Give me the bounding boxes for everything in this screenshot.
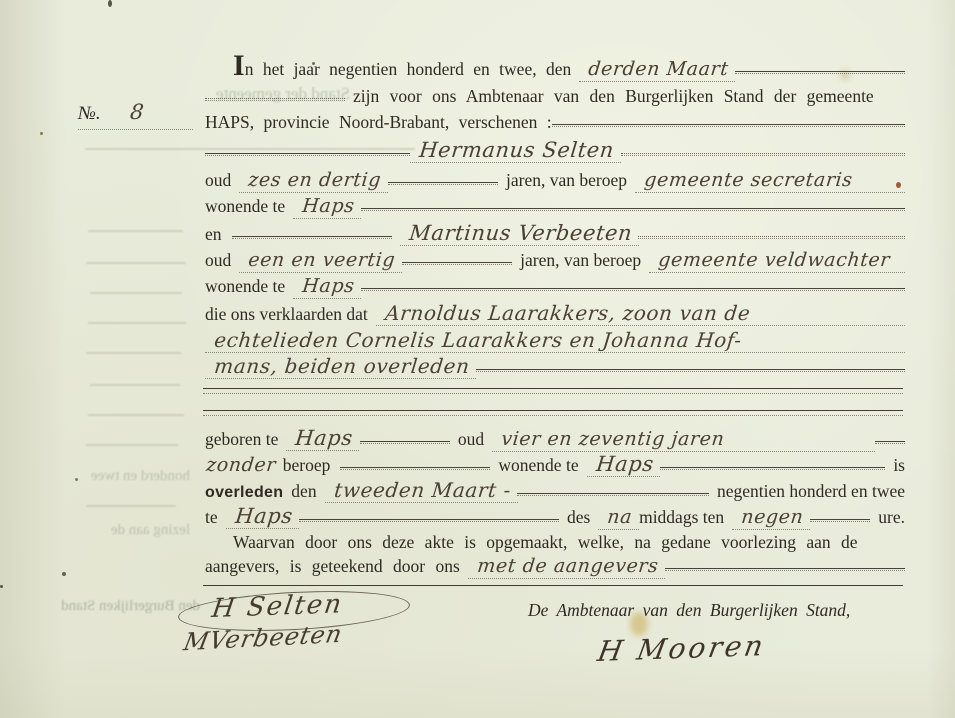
hw-declarant2-age: een en veertig — [239, 248, 405, 273]
hw-declarant2-residence: Haps — [293, 274, 364, 299]
fill-line — [232, 236, 392, 237]
fill-line — [360, 441, 450, 442]
ghost-text-bottom: den Burgerlijken Stand — [40, 598, 200, 615]
middags-label: middags ten — [639, 505, 724, 529]
hw-registration-date: derden Maart — [579, 57, 738, 82]
act-number-value: 8 — [129, 100, 145, 124]
hw-signed-with: met de aangevers — [468, 554, 668, 579]
form-line-municipality: HAPS, provincie Noord-Brabant, verschene… — [205, 110, 905, 134]
ghost-line — [88, 322, 186, 324]
hw-declarant1-residence: Haps — [293, 194, 364, 219]
ure-label: ure. — [878, 505, 905, 529]
signature-official: H Mooren — [595, 629, 768, 668]
paper-speck — [40, 132, 43, 135]
ghost-line — [86, 444, 178, 446]
is-label: is — [893, 453, 905, 477]
form-line-death-place-time: te Haps des na middags ten negen ure. — [205, 504, 905, 530]
te-label: te — [205, 505, 218, 529]
verklaarden-label: die ons verklaarden dat — [205, 302, 368, 326]
ghost-text-mid2: lezing aan de — [60, 522, 190, 539]
den-label: den — [291, 479, 316, 503]
fill-line — [402, 262, 512, 263]
act-number-label: №. — [78, 103, 101, 125]
form-line-death-date: overleden den tweeden Maart - negentien … — [205, 478, 905, 505]
fill-line — [205, 153, 410, 154]
ghost-line — [86, 262, 186, 264]
fill-line — [621, 153, 905, 154]
form-line-declarant2-age: oud een en veertig jaren, van beroep gem… — [205, 248, 905, 273]
hw-declarant2-profession: gemeente veldwachter — [649, 248, 908, 273]
act-number-block: №. 8 — [78, 100, 193, 130]
signature-witness1: H Selten — [188, 589, 345, 625]
fill-line — [299, 519, 559, 520]
fill-line — [660, 467, 885, 468]
fill-line — [476, 369, 905, 370]
printed-intro-text: n het jaar negentien honderd en twee, de… — [245, 57, 572, 81]
hw-deceased-residence: Haps — [587, 452, 663, 477]
fill-line — [665, 568, 905, 569]
hw-birthplace: Haps — [286, 426, 362, 451]
paper-speck — [62, 572, 66, 576]
geboren-label: geboren te — [205, 427, 278, 451]
jaren-beroep-label: jaren, van beroep — [506, 168, 627, 192]
blank-fill-line — [203, 410, 903, 416]
ghost-line — [86, 505, 176, 507]
hw-declarant2-name: Martinus Verbeeten — [400, 221, 642, 246]
hw-deceased-name: Arnoldus Laarakkers, zoon van de — [376, 301, 908, 326]
printed-officiant-text: zijn voor ons Ambtenaar van den Burgerli… — [353, 84, 874, 108]
form-line-declaration-2: echtelieden Cornelis Laarakkers en Johan… — [205, 328, 905, 353]
overleden-label: overleden — [205, 481, 283, 505]
hw-death-hour: negen — [732, 505, 813, 530]
paper-speck — [0, 585, 3, 588]
hw-death-date: tweeden Maart - — [325, 478, 520, 503]
hw-declarant1-age: zes en dertig — [239, 168, 390, 193]
paper-speck — [75, 478, 78, 481]
ghost-line — [88, 230, 183, 232]
form-line-declarant1-age: oud zes en dertig jaren, van beroep geme… — [205, 168, 905, 193]
form-line-profession-residence: zonder beroep wonende te Haps is — [205, 452, 905, 477]
form-line-declaration-1: die ons verklaarden dat Arnoldus Laarakk… — [205, 301, 905, 326]
form-line-birth: geboren te Haps oud vier en zeventig jar… — [205, 426, 905, 452]
ghost-line — [88, 414, 184, 416]
year-label: negentien honderd en twee — [717, 479, 905, 503]
form-line-closing-2: aangevers, is geteekend door ons met de … — [205, 554, 905, 579]
form-line-declarant1-residence: wonende te Haps — [205, 194, 905, 219]
fill-line — [875, 441, 905, 442]
official-title: De Ambtenaar van den Burgerlijken Stand, — [528, 600, 888, 621]
form-line-declarant2-residence: wonende te Haps — [205, 274, 905, 299]
jaren-beroep-label: jaren, van beroep — [520, 248, 641, 272]
hw-death-place: Haps — [226, 504, 302, 529]
ghost-line — [90, 384, 180, 386]
beroep-label: beroep — [283, 453, 331, 477]
ghost-line — [86, 352, 181, 354]
fill-line — [552, 124, 905, 125]
ghost-line — [90, 292, 182, 294]
ghost-text-mid: honderd en twee — [40, 468, 190, 485]
hw-deceased-age: vier en zeventig jaren — [492, 427, 878, 452]
fill-line — [735, 71, 905, 72]
fill-line — [361, 288, 905, 289]
oud-label: oud — [205, 248, 231, 272]
des-label: des — [567, 505, 590, 529]
closing-text-1: Waarvan door ons deze akte is opgemaakt,… — [233, 530, 858, 554]
hw-na: na — [598, 505, 641, 530]
fill-line — [205, 98, 345, 99]
form-line-declarant1-name: Hermanus Selten — [205, 138, 905, 163]
hw-declarant1-profession: gemeente secretaris — [635, 168, 908, 193]
wonende-label: wonende te — [205, 194, 285, 218]
closing-text-2: aangevers, is geteekend door ons — [205, 554, 460, 578]
printed-municipality-text: HAPS, provincie Noord-Brabant, verschene… — [205, 110, 552, 134]
hw-parents-names: echtelieden Cornelis Laarakkers en Johan… — [205, 328, 908, 353]
blank-fill-line — [203, 388, 903, 394]
drop-cap: I — [233, 56, 245, 76]
fill-line — [517, 493, 709, 494]
fill-line — [810, 519, 870, 520]
hw-parents-deceased: mans, beiden overleden — [205, 354, 479, 379]
blank-fill-line — [203, 585, 903, 590]
hw-zonder: zonder — [205, 453, 277, 477]
en-label: en — [205, 222, 222, 246]
fill-line — [340, 467, 490, 468]
document-scan: Stand der gemeente honderd en twee lezin… — [0, 0, 955, 718]
wonende-label: wonende te — [498, 453, 578, 477]
witness-signatures: H Selten MVerbeeten — [190, 592, 470, 652]
oud-label: oud — [205, 168, 231, 192]
paper-speck — [108, 0, 112, 7]
wonende-label: wonende te — [205, 274, 285, 298]
oud-label: oud — [458, 427, 484, 451]
hw-declarant1-name: Hermanus Selten — [410, 138, 623, 163]
fill-line — [388, 182, 498, 183]
fill-line — [638, 236, 905, 237]
form-line-officiant: zijn voor ons Ambtenaar van den Burgerli… — [205, 84, 905, 108]
fill-line — [361, 208, 905, 209]
form-line-intro: In het jaar negentien honderd en twee, d… — [233, 56, 905, 82]
form-line-declaration-3: mans, beiden overleden — [205, 354, 905, 379]
form-line-declarant2-name: en Martinus Verbeeten — [205, 221, 905, 246]
form-line-closing-1: Waarvan door ons deze akte is opgemaakt,… — [233, 530, 905, 554]
